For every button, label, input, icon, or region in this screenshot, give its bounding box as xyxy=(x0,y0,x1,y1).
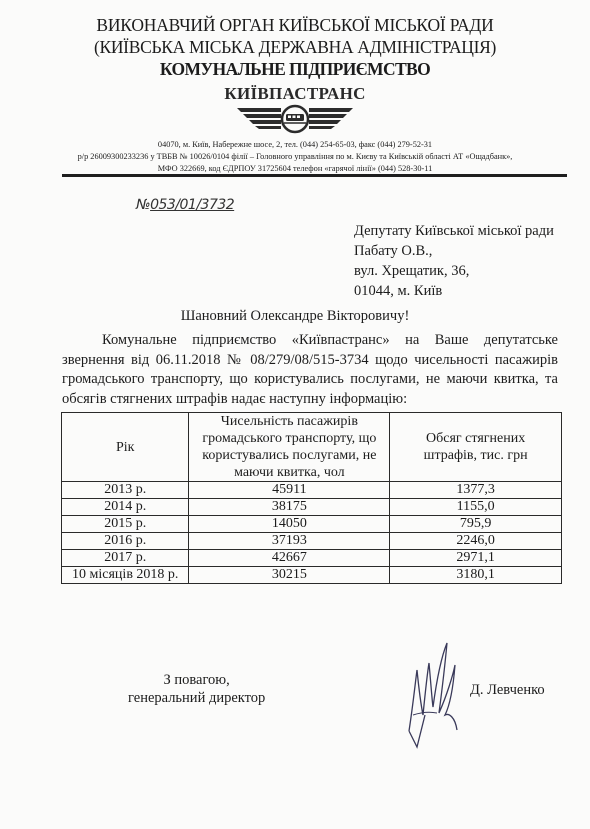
cell-year: 2017 р. xyxy=(62,550,189,567)
recipient-name: Пабату О.В., xyxy=(354,241,554,261)
recipient-street: вул. Хрещатик, 36, xyxy=(354,261,554,281)
cell-fines: 2971,1 xyxy=(390,550,562,567)
header-passengers: Чисельність пасажирів громадського транс… xyxy=(189,413,390,482)
letter-page: ВИКОНАВЧИЙ ОРГАН КИЇВСЬКОЇ МІСЬКОЇ РАДИ … xyxy=(0,0,590,829)
table-row: 2013 р.459111377,3 xyxy=(62,482,562,499)
cell-year: 2014 р. xyxy=(62,499,189,516)
recipient-block: Депутату Київської міської ради Пабату О… xyxy=(354,221,554,301)
cell-year: 2016 р. xyxy=(62,533,189,550)
cell-passengers: 38175 xyxy=(189,499,390,516)
cell-fines: 1155,0 xyxy=(390,499,562,516)
table-row: 10 місяців 2018 р.302153180,1 xyxy=(62,567,562,584)
signer-name: Д. Левченко xyxy=(470,682,545,699)
closing-phrase: З повагою, xyxy=(128,671,265,689)
letterhead-divider xyxy=(62,174,567,177)
address-line: 04070, м. Київ, Набережне шосе, 2, тел. … xyxy=(0,139,590,150)
brand-name: КИЇВПАСТРАНС xyxy=(0,84,590,104)
signer-position: генеральний директор xyxy=(128,689,265,707)
cell-fines: 1377,3 xyxy=(390,482,562,499)
table-row: 2016 р.371932246,0 xyxy=(62,533,562,550)
outgoing-number-value: 053/01/3732 xyxy=(150,197,234,213)
cell-year: 10 місяців 2018 р. xyxy=(62,567,189,584)
header-year: Рік xyxy=(62,413,189,482)
cell-year: 2015 р. xyxy=(62,516,189,533)
cell-fines: 2246,0 xyxy=(390,533,562,550)
codes-phone-line: МФО 322669, код ЄДРПОУ 31725604 телефон … xyxy=(0,163,590,174)
salutation: Шановний Олександре Вікторовичу! xyxy=(0,308,590,325)
winged-bus-emblem-icon xyxy=(235,104,355,136)
letterhead-line-3: КОМУНАЛЬНЕ ПІДПРИЄМСТВО xyxy=(0,59,590,79)
recipient-title: Депутату Київської міської ради xyxy=(354,221,554,241)
cell-fines: 3180,1 xyxy=(390,567,562,584)
number-sign: № xyxy=(136,197,150,213)
cell-passengers: 42667 xyxy=(189,550,390,567)
closing-block: З повагою, генеральний директор xyxy=(128,671,265,707)
table-row: 2014 р.381751155,0 xyxy=(62,499,562,516)
cell-fines: 795,9 xyxy=(390,516,562,533)
table-header-row: Рік Чисельність пасажирів громадського т… xyxy=(62,413,562,482)
body-paragraph: Комунальне підприємство «Київпастранс» н… xyxy=(62,331,558,409)
cell-passengers: 37193 xyxy=(189,533,390,550)
cell-passengers: 14050 xyxy=(189,516,390,533)
letter-body: Комунальне підприємство «Київпастранс» н… xyxy=(62,331,558,409)
cell-passengers: 30215 xyxy=(189,567,390,584)
cell-year: 2013 р. xyxy=(62,482,189,499)
header-fines: Обсяг стягнених штрафів, тис. грн xyxy=(390,413,562,482)
letterhead-line-1: ВИКОНАВЧИЙ ОРГАН КИЇВСЬКОЇ МІСЬКОЇ РАДИ xyxy=(0,15,590,35)
bank-details-line: р/р 26009300233236 у ТВБВ № 10026/0104 ф… xyxy=(0,151,590,162)
recipient-city: 01044, м. Київ xyxy=(354,281,554,301)
table-row: 2015 р.14050795,9 xyxy=(62,516,562,533)
handwritten-signature-icon xyxy=(395,635,465,750)
statistics-table: Рік Чисельність пасажирів громадського т… xyxy=(61,412,562,584)
cell-passengers: 45911 xyxy=(189,482,390,499)
letterhead-line-2: (КИЇВСЬКА МІСЬКА ДЕРЖАВНА АДМІНІСТРАЦІЯ) xyxy=(0,37,590,57)
table-row: 2017 р.426672971,1 xyxy=(62,550,562,567)
outgoing-number: №053/01/3732 xyxy=(136,197,234,213)
